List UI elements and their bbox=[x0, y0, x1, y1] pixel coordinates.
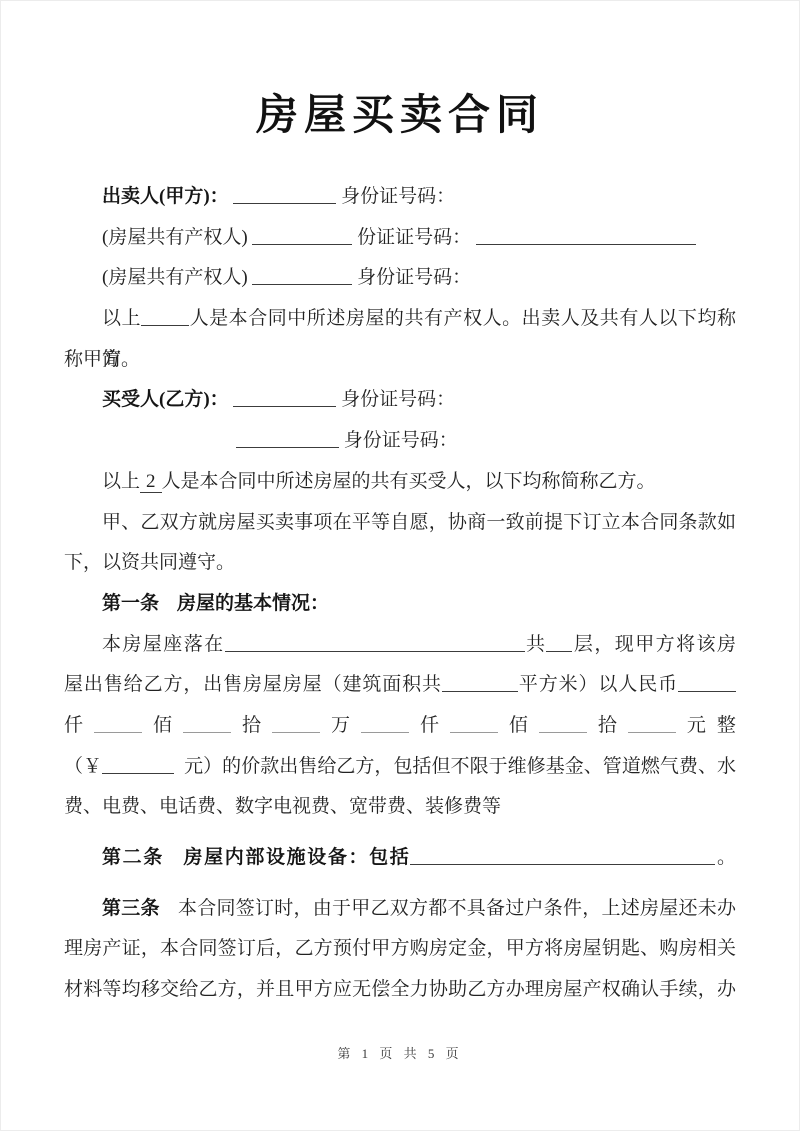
amount-unit-wan: 万 bbox=[320, 715, 361, 736]
amount-unit-qian1: 仟 bbox=[64, 715, 94, 736]
line-article3-1: 第三条本合同签订时，由于甲乙双方都不具备过户条件，上述房屋还未办 bbox=[64, 889, 736, 930]
article3-text-2: 理房产证，本合同签订后，乙方预付甲方购房定金，甲方将房屋钥匙、购房相关 bbox=[64, 938, 736, 959]
page-title: 房屋买卖合同 bbox=[1, 85, 799, 147]
seller-label: 出卖人(甲方)： bbox=[102, 186, 229, 207]
area-blank bbox=[442, 679, 518, 692]
location-prefix: 本房屋座落在 bbox=[102, 634, 225, 655]
price-prefix: （￥ bbox=[64, 756, 102, 777]
buyers-count-value: 2 bbox=[140, 471, 162, 493]
buyer2-id-label: 身份证号码： bbox=[344, 430, 458, 451]
fees-text: 费、电费、电话费、数字电视费、宽带费、装修费等 bbox=[64, 796, 501, 817]
line-article2: 第二条房屋内部设施设备：包括。 bbox=[64, 838, 736, 879]
line-seller: 出卖人(甲方)： 身份证号码： bbox=[64, 177, 736, 218]
line-coowner-1: (房屋共有产权人) 份证证号码： bbox=[64, 218, 736, 259]
coowner2-name-blank bbox=[252, 272, 352, 285]
facilities-blank bbox=[410, 852, 715, 865]
price-capital-blank-0 bbox=[678, 679, 736, 692]
coowner2-label: (房屋共有产权人) bbox=[102, 267, 248, 288]
article3-number: 第三条 bbox=[102, 898, 160, 919]
area-text-b: 平方米）以人民币 bbox=[518, 674, 678, 695]
buyer2-name-blank bbox=[236, 435, 339, 448]
seller-name-blank bbox=[233, 191, 336, 204]
line-buyers-note: 以上2人是本合同中所述房屋的共有买受人，以下均称简称乙方。 bbox=[64, 462, 736, 503]
amount-blank-5 bbox=[450, 720, 498, 733]
coowner1-label: (房屋共有产权人) bbox=[102, 227, 248, 248]
line-buyer: 买受人(乙方)： 身份证号码： bbox=[64, 380, 736, 421]
buyers-note-suffix: 人是本合同中所述房屋的共有买受人，以下均称简称乙方。 bbox=[162, 471, 656, 492]
amount-blank-2 bbox=[183, 720, 231, 733]
line-coowner-2: (房屋共有产权人) 身份证号码： bbox=[64, 258, 736, 299]
coowner2-id-label: 身份证号码： bbox=[357, 267, 471, 288]
coowners-note-prefix: 以上 bbox=[102, 308, 141, 329]
article3-text-3: 材料等均移交给乙方，并且甲方应无偿全力协助乙方办理房屋产权确认手续，办 bbox=[64, 979, 736, 1000]
article3-text-1: 本合同签订时，由于甲乙双方都不具备过户条件，上述房屋还未办 bbox=[178, 898, 736, 919]
coowners-note-text-2: 称甲方。 bbox=[64, 349, 140, 370]
area-text-a: 屋出售给乙方，出售房屋房屋（建筑面积共 bbox=[64, 674, 442, 695]
page-number: 第 1 页 共 5 页 bbox=[1, 1043, 799, 1062]
buyer-name-blank bbox=[233, 394, 336, 407]
amount-unit-yuan: 元整 bbox=[676, 715, 736, 736]
article1-title: 房屋的基本情况： bbox=[177, 593, 329, 614]
location-blank bbox=[225, 639, 525, 652]
article2-number: 第二条 bbox=[102, 847, 164, 868]
coowner1-id-blank bbox=[476, 232, 696, 245]
amount-unit-shi1: 拾 bbox=[231, 715, 272, 736]
line-article1-area: 屋出售给乙方，出售房屋房屋（建筑面积共平方米）以人民币 bbox=[64, 665, 736, 706]
amount-unit-bai1: 佰 bbox=[142, 715, 183, 736]
amount-blank-3 bbox=[272, 720, 320, 733]
line-article3-2: 理房产证，本合同签订后，乙方预付甲方购房定金，甲方将房屋钥匙、购房相关 bbox=[64, 929, 736, 970]
price-mid: 元）的价款出售给乙方，包括但不限于维修基金、管道燃气费、水 bbox=[184, 756, 736, 777]
coowner1-id-label: 份证证号码： bbox=[357, 227, 471, 248]
preamble-text-1: 甲、乙双方就房屋买卖事项在平等自愿，协商一致前提下订立本合同条款如 bbox=[102, 512, 736, 533]
preamble-text-2: 下，以资共同遵守。 bbox=[64, 552, 235, 573]
location-mid: 共 bbox=[525, 634, 547, 655]
amount-unit-bai2: 佰 bbox=[498, 715, 539, 736]
buyer-label: 买受人(乙方)： bbox=[102, 389, 229, 410]
line-preamble-2: 下，以资共同遵守。 bbox=[64, 543, 736, 584]
amount-unit-qian2: 仟 bbox=[409, 715, 450, 736]
location-suffix: 层，现甲方将该房 bbox=[572, 634, 735, 655]
coowners-count-blank bbox=[141, 313, 189, 326]
floors-blank bbox=[546, 639, 572, 652]
contract-page: 房屋买卖合同 出卖人(甲方)： 身份证号码： (房屋共有产权人) 份证证号码： … bbox=[0, 0, 800, 1131]
line-coowners-note-2: 称甲方。 bbox=[64, 340, 736, 381]
amount-blank-7 bbox=[628, 720, 676, 733]
amount-blank-1 bbox=[94, 720, 142, 733]
seller-id-label: 身份证号码： bbox=[341, 186, 455, 207]
price-numeric-blank bbox=[102, 761, 174, 774]
line-price: （￥元）的价款出售给乙方，包括但不限于维修基金、管道燃气费、水 bbox=[64, 747, 736, 788]
amount-blank-6 bbox=[539, 720, 587, 733]
article1-number: 第一条 bbox=[102, 593, 159, 614]
article2-text: 房屋内部设施设备：包括 bbox=[182, 847, 410, 868]
line-coowners-note-1: 以上人是本合同中所述房屋的共有产权人。出卖人及共有人以下均称简 bbox=[64, 299, 736, 340]
line-article3-3: 材料等均移交给乙方，并且甲方应无偿全力协助乙方办理房屋产权确认手续，办 bbox=[64, 970, 736, 1011]
article2-period: 。 bbox=[715, 847, 736, 868]
buyer-id-label: 身份证号码： bbox=[341, 389, 455, 410]
coowner1-name-blank bbox=[252, 232, 352, 245]
line-buyer-2: 身份证号码： bbox=[64, 421, 736, 462]
line-article1-heading: 第一条房屋的基本情况： bbox=[64, 584, 736, 625]
line-article1-location: 本房屋座落在共层，现甲方将该房 bbox=[64, 625, 736, 666]
contract-body: 出卖人(甲方)： 身份证号码： (房屋共有产权人) 份证证号码： (房屋共有产权… bbox=[1, 177, 799, 1011]
line-fees: 费、电费、电话费、数字电视费、宽带费、装修费等 bbox=[64, 787, 736, 828]
line-preamble-1: 甲、乙双方就房屋买卖事项在平等自愿，协商一致前提下订立本合同条款如 bbox=[64, 503, 736, 544]
line-amount-capital: 仟佰拾万仟佰拾元整 bbox=[64, 706, 736, 747]
amount-unit-shi2: 拾 bbox=[587, 715, 628, 736]
buyers-note-prefix: 以上 bbox=[102, 471, 140, 492]
amount-blank-4 bbox=[361, 720, 409, 733]
